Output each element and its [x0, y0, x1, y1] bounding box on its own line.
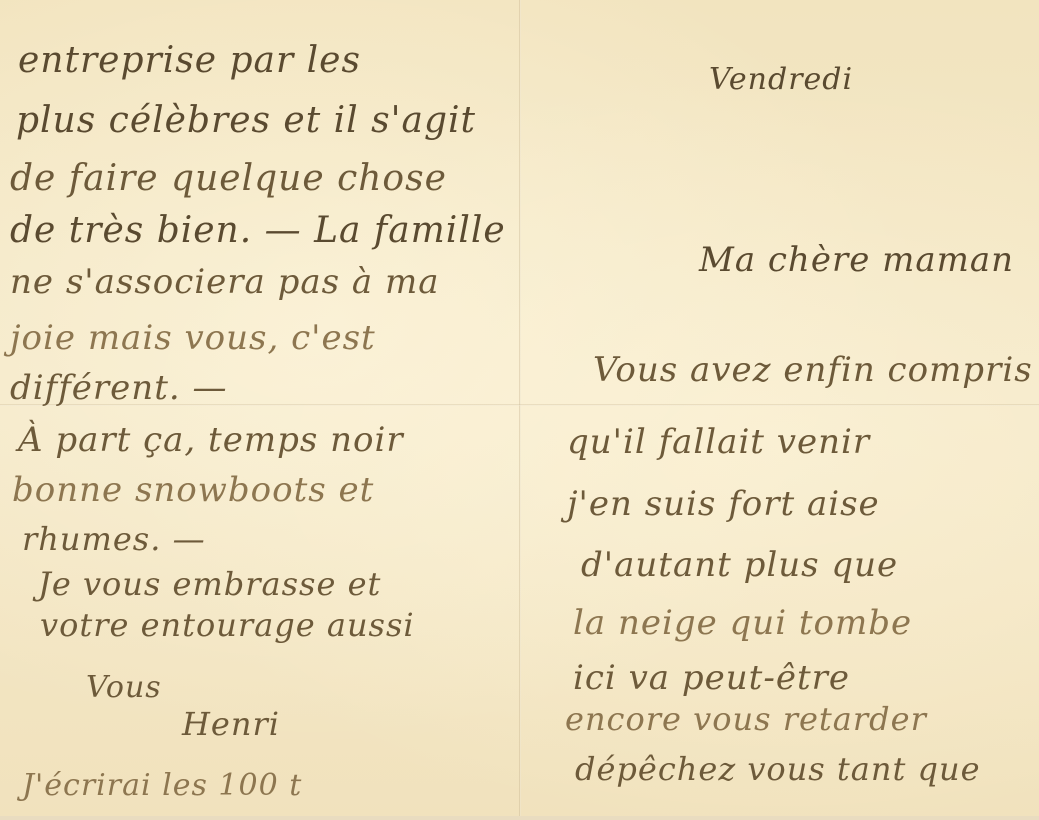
handwritten-line: la neige qui tombe: [573, 603, 912, 643]
date-line: Vendredi: [709, 62, 853, 97]
handwritten-line: Je vous embrasse et: [38, 565, 381, 603]
handwritten-line: de faire quelque chose: [10, 158, 447, 199]
postscript-line: J'écrirai les 100 t: [22, 768, 302, 803]
handwritten-line: rhumes. —: [22, 520, 206, 558]
handwritten-line: dépêchez vous tant que: [575, 750, 981, 788]
handwritten-line: entreprise par les: [18, 40, 361, 81]
letter-scan: entreprise par les plus célèbres et il s…: [0, 0, 1039, 820]
handwritten-line: bonne snowboots et: [12, 470, 374, 510]
handwritten-line: de très bien. — La famille: [10, 210, 506, 251]
handwritten-line: ici va peut-être: [573, 658, 850, 698]
salutation: Ma chère maman: [699, 240, 1014, 280]
handwritten-line: ne s'associera pas à ma: [10, 262, 440, 302]
left-page: entreprise par les plus célèbres et il s…: [0, 0, 519, 820]
right-page: Vendredi Ma chère maman Vous avez enfin …: [521, 0, 1039, 820]
handwritten-line: d'autant plus que: [581, 545, 898, 585]
handwritten-line: votre entourage aussi: [40, 606, 415, 644]
handwritten-line: différent. —: [10, 368, 227, 408]
handwritten-line: À part ça, temps noir: [18, 420, 404, 460]
signature: Henri: [182, 705, 280, 743]
handwritten-line: encore vous retarder: [565, 700, 927, 738]
handwritten-line: j'en suis fort aise: [567, 484, 880, 524]
handwritten-line: plus célèbres et il s'agit: [16, 100, 476, 141]
handwritten-line: Vous: [86, 670, 162, 705]
handwritten-line: qu'il fallait venir: [567, 422, 870, 462]
handwritten-line: Vous avez enfin compris: [593, 350, 1033, 390]
handwritten-line: joie mais vous, c'est: [10, 318, 376, 358]
